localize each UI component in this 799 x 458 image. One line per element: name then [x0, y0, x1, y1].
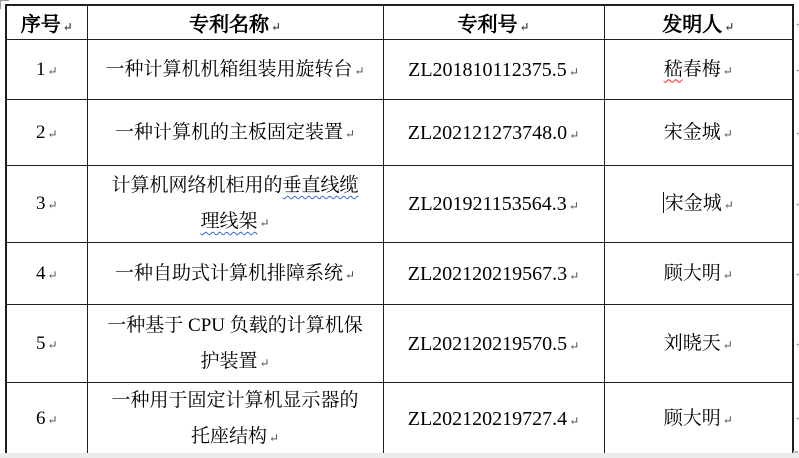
patent-name: 一种计算机机箱组装用旋转台 [105, 59, 352, 80]
cell-patent-name[interactable]: 一种计算机的主板固定装置↵ [87, 100, 383, 166]
cell-patent-name[interactable]: 一种计算机机箱组装用旋转台↵ [87, 40, 383, 100]
header-label-patent-number: 专利号 [457, 14, 517, 36]
paragraph-mark: ↵ [569, 339, 579, 353]
paragraph-mark: ↵ [724, 198, 734, 212]
inventor-name: 刘晓天 [664, 333, 721, 354]
paragraph-mark: ↵ [354, 64, 364, 78]
table-row: 3↵ 计算机网络机柜用的垂直线缆 理线架↵ ZL201921153564.3↵ … [6, 166, 793, 243]
end-of-row-mark: ↵ [795, 20, 799, 29]
cell-row-number[interactable]: 5↵ [6, 305, 87, 383]
row-number: 2 [36, 122, 46, 143]
row-number: 5 [36, 333, 46, 354]
row-number: 6 [36, 408, 46, 429]
end-of-row-mark: ↵ [795, 340, 799, 349]
header-cell-patent-name[interactable]: 专利名称↵ [87, 5, 383, 40]
end-of-row-mark: ↵ [795, 129, 799, 138]
header-label-inventor: 发明人 [662, 14, 722, 36]
paragraph-mark: ↵ [47, 338, 57, 352]
text-segment: 顾大明 [664, 263, 721, 284]
paragraph-mark: ↵ [345, 268, 355, 282]
table-row: 5↵ 一种基于 CPU 负载的计算机保 护装置↵ ZL202120219570.… [6, 305, 793, 383]
end-of-row-mark: ↵ [795, 66, 799, 75]
patent-number: ZL202120219567.3 [408, 263, 567, 285]
header-label-patent-name: 专利名称 [189, 14, 269, 36]
text-segment: 宋金城 [665, 193, 722, 214]
patent-number: ZL201921153564.3 [408, 193, 567, 215]
cell-inventor[interactable]: 顾大明↵ [604, 383, 793, 457]
paragraph-mark: ↵ [723, 268, 733, 282]
patent-name: 计算机网络机柜用的垂直线缆 理线架 [111, 175, 358, 232]
text-segment: 宋金城 [664, 122, 721, 143]
text-segment: 刘晓天 [664, 333, 721, 354]
cell-patent-number[interactable]: ZL202120219570.5↵ [383, 305, 604, 383]
paragraph-mark: ↵ [259, 356, 269, 370]
patent-number: ZL202121273748.0 [408, 122, 567, 144]
paragraph-mark: ↵ [63, 20, 73, 34]
cell-patent-number[interactable]: ZL202120219567.3↵ [383, 243, 604, 305]
text-segment: 春梅 [683, 59, 721, 80]
cell-row-number[interactable]: 1↵ [6, 40, 87, 100]
cell-patent-name[interactable]: 一种基于 CPU 负载的计算机保 护装置↵ [87, 305, 383, 383]
header-cell-patent-number[interactable]: 专利号↵ [383, 5, 604, 40]
paragraph-mark: ↵ [269, 431, 279, 445]
cell-inventor[interactable]: 宋金城↵ [604, 100, 793, 166]
cell-inventor[interactable]: 嵇春梅↵ [604, 40, 793, 100]
text-segment: 一种计算机机箱组装用旋转台 [105, 59, 352, 80]
end-of-row-mark: ↵ [795, 200, 799, 209]
table-row: 2↵ 一种计算机的主板固定装置↵ ZL202121273748.0↵ 宋金城↵ [6, 100, 793, 166]
paragraph-mark: ↵ [47, 127, 57, 141]
cell-patent-name[interactable]: 一种用于固定计算机显示器的 托座结构↵ [87, 383, 383, 457]
end-of-row-mark: ↵ [795, 414, 799, 423]
cell-row-number[interactable]: 6↵ [6, 383, 87, 457]
paragraph-mark: ↵ [724, 20, 734, 34]
table-row: 1↵ 一种计算机机箱组装用旋转台↵ ZL201810112375.5↵ 嵇春梅↵ [6, 40, 793, 100]
inventor-name: 嵇春梅 [664, 59, 721, 80]
text-segment: 计算机网络机柜用的 [111, 175, 282, 196]
paragraph-mark: ↵ [47, 268, 57, 282]
header-label-no: 序号 [21, 14, 61, 36]
grammar-flagged-text: 理线架 [200, 211, 257, 232]
paragraph-mark: ↵ [259, 216, 269, 230]
header-cell-inventor[interactable]: 发明人↵ [604, 5, 793, 40]
text-segment: 一种自助式计算机排障系统 [115, 263, 343, 284]
inventor-name: 宋金城 [663, 193, 722, 214]
table-row: 4↵ 一种自助式计算机排障系统↵ ZL202120219567.3↵ 顾大明↵ [6, 243, 793, 305]
text-segment: 一种基于 CPU 负载的计算机保 护装置 [107, 315, 362, 372]
patent-number: ZL202120219727.4 [408, 408, 567, 430]
header-cell-no[interactable]: 序号↵ [6, 5, 87, 40]
text-segment: 顾大明 [664, 408, 721, 429]
paragraph-mark: ↵ [723, 127, 733, 141]
inventor-name: 顾大明 [664, 263, 721, 284]
paragraph-mark: ↵ [569, 414, 579, 428]
grammar-flagged-text: 垂直线缆 [283, 175, 359, 196]
patent-number: ZL201810112375.5 [408, 59, 567, 81]
cell-row-number[interactable]: 2↵ [6, 100, 87, 166]
patent-name: 一种用于固定计算机显示器的 托座结构 [111, 390, 358, 447]
patent-number: ZL202120219570.5 [408, 333, 567, 355]
cell-row-number[interactable]: 3↵ [6, 166, 87, 243]
paragraph-mark: ↵ [569, 128, 579, 142]
paragraph-mark: ↵ [519, 20, 529, 34]
cell-patent-number[interactable]: ZL202121273748.0↵ [383, 100, 604, 166]
cell-patent-name[interactable]: 一种自助式计算机排障系统↵ [87, 243, 383, 305]
paragraph-mark: ↵ [569, 65, 579, 79]
table-row: 6↵ 一种用于固定计算机显示器的 托座结构↵ ZL202120219727.4↵… [6, 383, 793, 457]
paragraph-mark: ↵ [47, 413, 57, 427]
patent-name: 一种计算机的主板固定装置 [115, 122, 343, 143]
page-edge-strip [0, 453, 799, 458]
row-number: 4 [36, 263, 46, 284]
paragraph-mark: ↵ [569, 199, 579, 213]
cell-patent-name[interactable]: 计算机网络机柜用的垂直线缆 理线架↵ [87, 166, 383, 243]
row-number: 3 [36, 193, 46, 214]
cell-patent-number[interactable]: ZL202120219727.4↵ [383, 383, 604, 457]
document-page: 序号↵ 专利名称↵ 专利号↵ 发明人↵ 1↵ 一种计算机机箱组装用旋转台↵ ZL… [0, 0, 799, 458]
paragraph-mark: ↵ [723, 338, 733, 352]
cell-inventor[interactable]: 刘晓天↵ [604, 305, 793, 383]
header-row: 序号↵ 专利名称↵ 专利号↵ 发明人↵ [6, 5, 793, 40]
paragraph-mark: ↵ [271, 20, 281, 34]
text-segment: 一种用于固定计算机显示器的 托座结构 [111, 390, 358, 447]
patent-name: 一种自助式计算机排障系统 [115, 263, 343, 284]
inventor-name: 顾大明 [664, 408, 721, 429]
patent-name: 一种基于 CPU 负载的计算机保 护装置 [107, 315, 362, 372]
end-of-row-mark: ↵ [795, 270, 799, 279]
spell-flagged-text: 嵇 [664, 59, 683, 80]
inventor-name: 宋金城 [664, 122, 721, 143]
paragraph-mark: ↵ [723, 64, 733, 78]
paragraph-mark: ↵ [47, 198, 57, 212]
cell-patent-number[interactable]: ZL201921153564.3↵ [383, 166, 604, 243]
patent-table: 序号↵ 专利名称↵ 专利号↵ 发明人↵ 1↵ 一种计算机机箱组装用旋转台↵ ZL… [5, 4, 794, 458]
cell-patent-number[interactable]: ZL201810112375.5↵ [383, 40, 604, 100]
cell-row-number[interactable]: 4↵ [6, 243, 87, 305]
paragraph-mark: ↵ [723, 413, 733, 427]
cell-inventor[interactable]: 顾大明↵ [604, 243, 793, 305]
text-segment: 一种计算机的主板固定装置 [115, 122, 343, 143]
paragraph-mark: ↵ [569, 269, 579, 283]
text-caret [663, 192, 664, 213]
row-number: 1 [36, 59, 46, 80]
paragraph-mark: ↵ [47, 64, 57, 78]
paragraph-mark: ↵ [345, 127, 355, 141]
cell-inventor[interactable]: 宋金城↵ [604, 166, 793, 243]
